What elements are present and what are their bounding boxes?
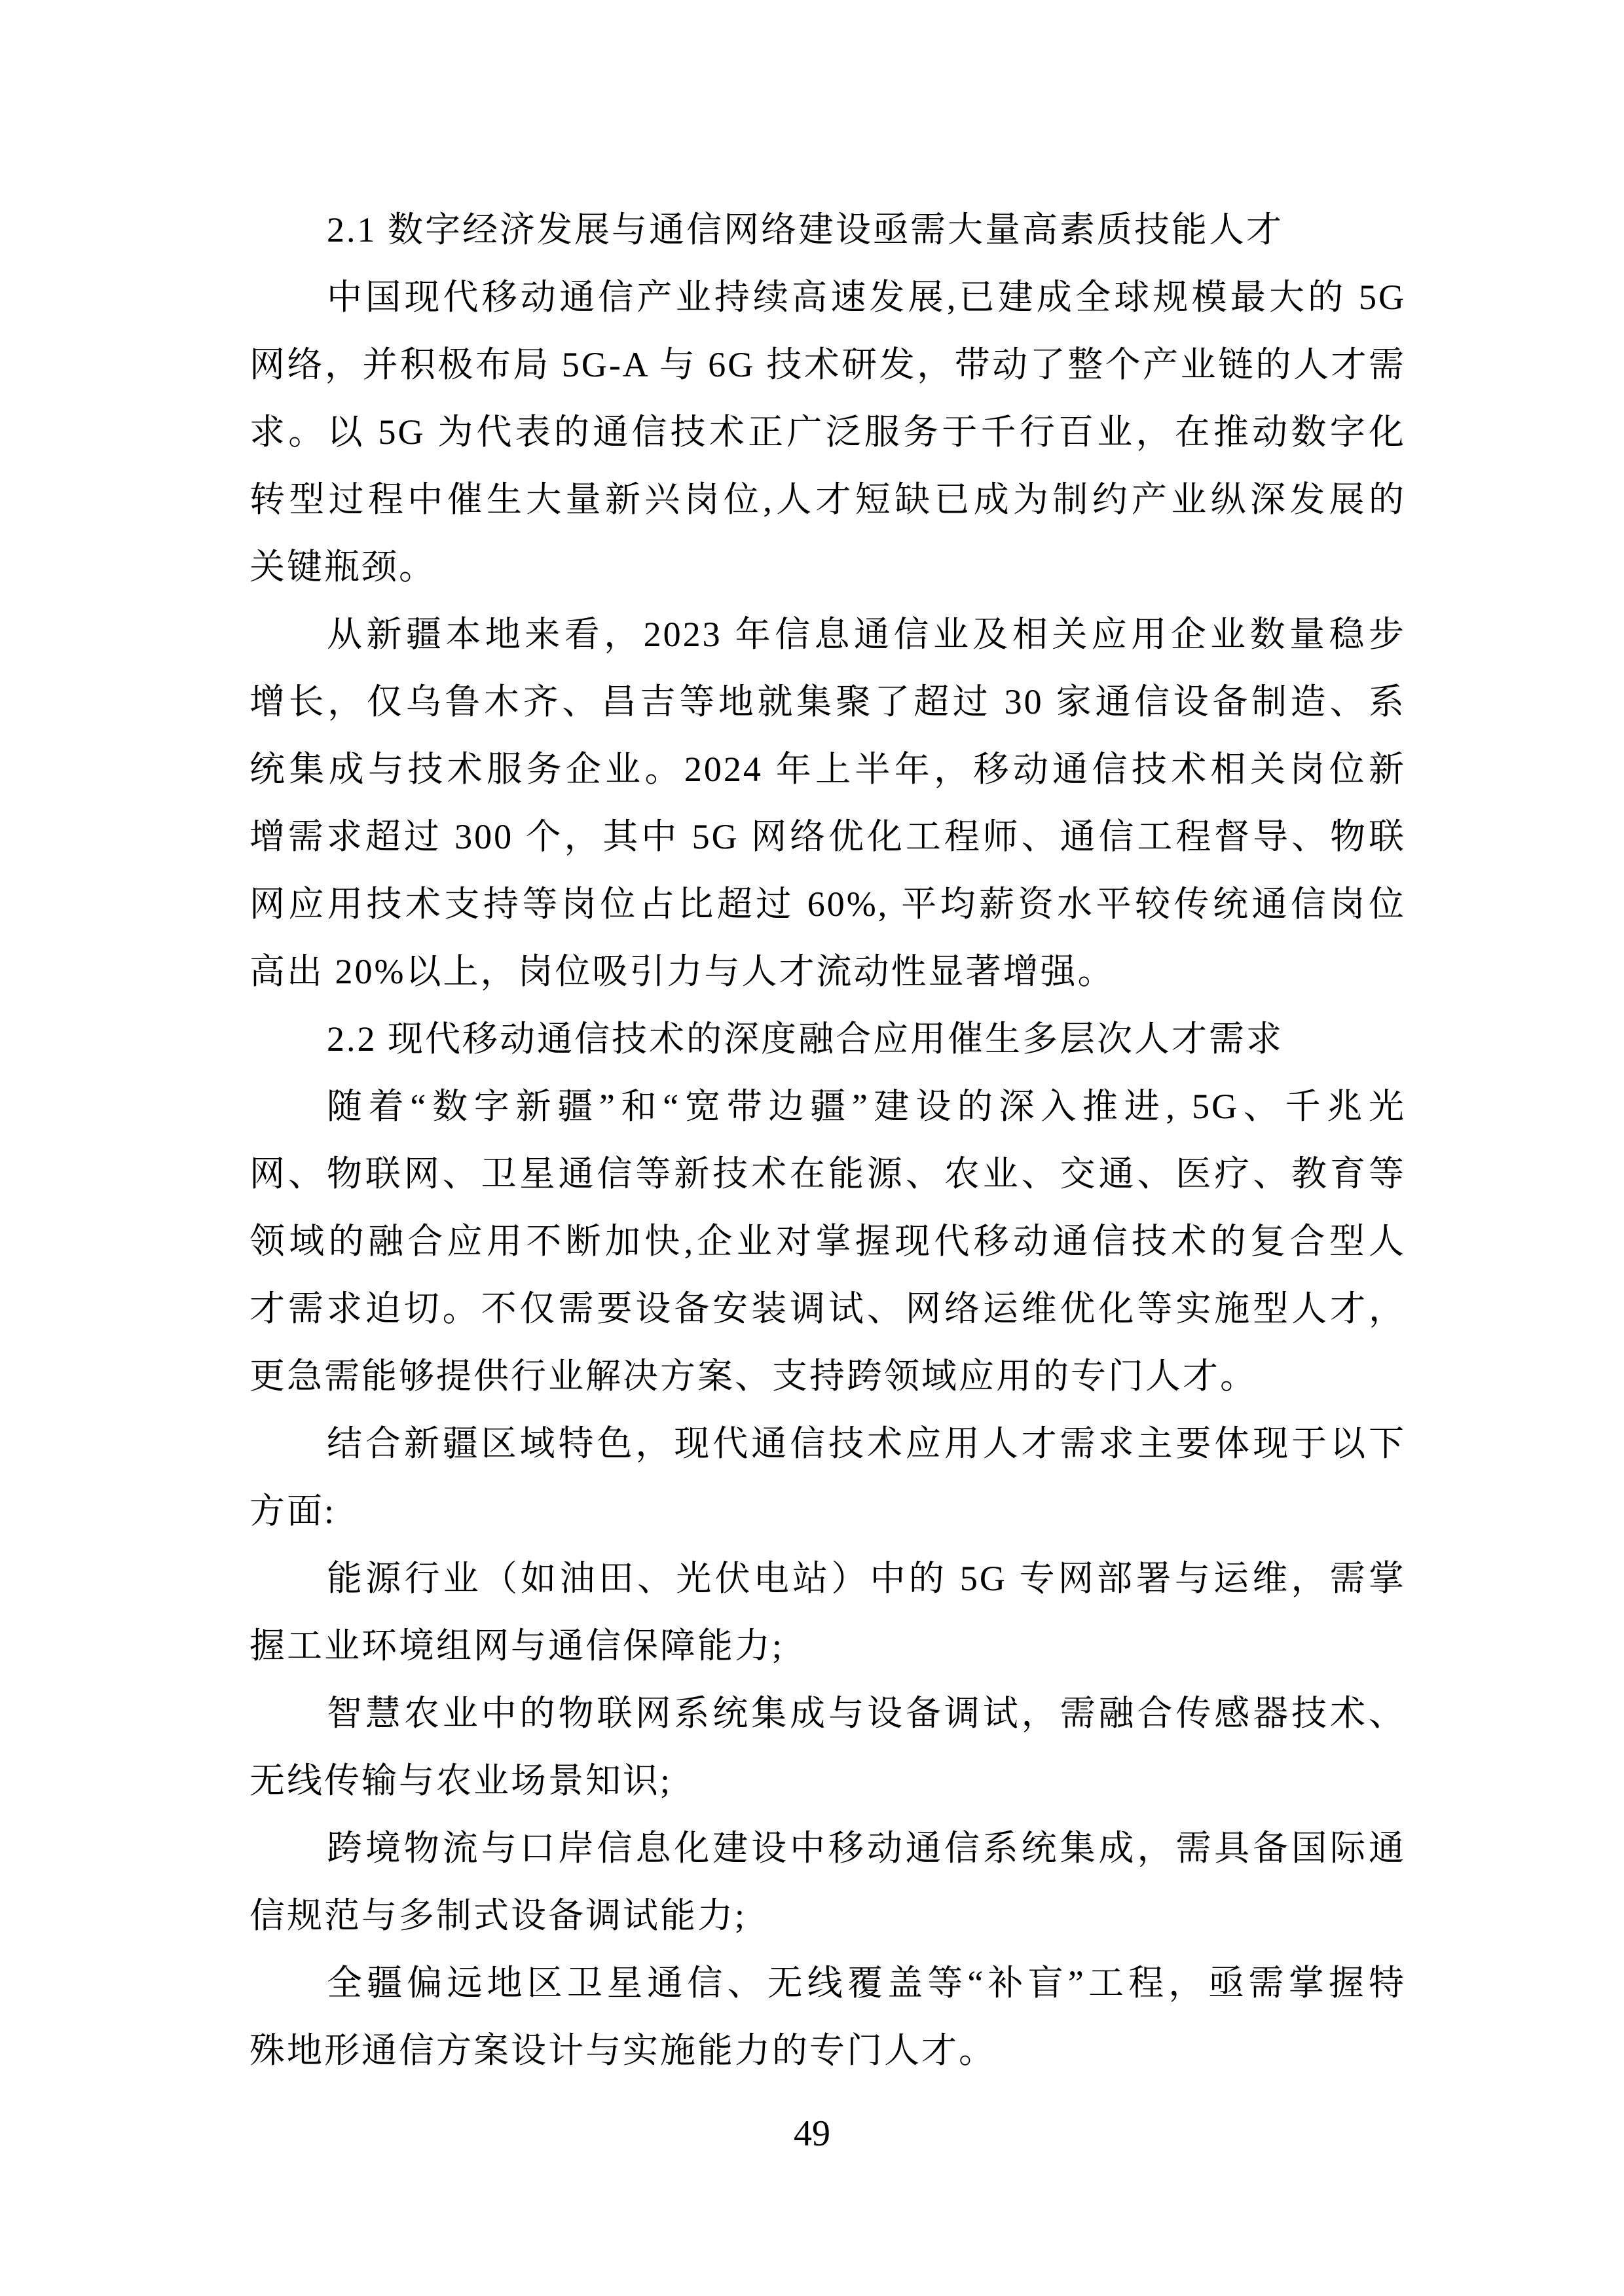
text-line: 转型过程中催生大量新兴岗位,人才短缺已成为制约产业纵深发展的	[249, 466, 1406, 534]
paragraph: 从新疆本地来看，2023 年信息通信业及相关应用企业数量稳步 增长，仅乌鲁木齐、…	[249, 601, 1406, 1006]
text-line: 无线传输与农业场景知识;	[249, 1747, 1406, 1815]
text-line: 随着“数字新疆”和“宽带边疆”建设的深入推进, 5G、千兆光	[249, 1073, 1406, 1140]
document-page: 2.1 数字经济发展与通信网络建设亟需大量高素质技能人才 中国现代移动通信产业持…	[0, 0, 1624, 2296]
text-line: 方面:	[249, 1478, 1406, 1545]
text-line: 智慧农业中的物联网系统集成与设备调试，需融合传感器技术、	[249, 1680, 1406, 1747]
text-line: 才需求迫切。不仅需要设备安装调试、网络运维优化等实施型人才，	[249, 1275, 1406, 1343]
text-line: 增长，仅乌鲁木齐、昌吉等地就集聚了超过 30 家通信设备制造、系	[249, 668, 1406, 736]
text-line: 网络，并积极布局 5G-A 与 6G 技术研发，带动了整个产业链的人才需	[249, 331, 1406, 399]
text-line: 能源行业（如油田、光伏电站）中的 5G 专网部署与运维，需掌	[249, 1545, 1406, 1613]
text-line: 领域的融合应用不断加快,企业对掌握现代移动通信技术的复合型人	[249, 1208, 1406, 1275]
text-line: 结合新疆区域特色，现代通信技术应用人才需求主要体现于以下	[249, 1410, 1406, 1478]
text-line: 跨境物流与口岸信息化建设中移动通信系统集成，需具备国际通	[249, 1815, 1406, 1882]
section-heading-text: 2.2 现代移动通信技术的深度融合应用催生多层次人才需求	[249, 1006, 1406, 1073]
section-heading-text: 2.1 数字经济发展与通信网络建设亟需大量高素质技能人才	[249, 196, 1406, 264]
text-line: 高出 20%以上，岗位吸引力与人才流动性显著增强。	[249, 938, 1406, 1006]
text-line: 殊地形通信方案设计与实施能力的专门人才。	[249, 2017, 1406, 2085]
text-line: 从新疆本地来看，2023 年信息通信业及相关应用企业数量稳步	[249, 601, 1406, 668]
paragraph: 智慧农业中的物联网系统集成与设备调试，需融合传感器技术、 无线传输与农业场景知识…	[249, 1680, 1406, 1815]
text-line: 统集成与技术服务企业。2024 年上半年，移动通信技术相关岗位新	[249, 736, 1406, 803]
text-line: 关键瓶颈。	[249, 534, 1406, 601]
paragraph: 跨境物流与口岸信息化建设中移动通信系统集成，需具备国际通 信规范与多制式设备调试…	[249, 1815, 1406, 1950]
text-line: 握工业环境组网与通信保障能力;	[249, 1613, 1406, 1680]
text-line: 求。以 5G 为代表的通信技术正广泛服务于千行百业，在推动数字化	[249, 399, 1406, 466]
text-line: 全疆偏远地区卫星通信、无线覆盖等“补盲”工程，亟需掌握特	[249, 1950, 1406, 2017]
paragraph: 中国现代移动通信产业持续高速发展,已建成全球规模最大的 5G 网络，并积极布局 …	[249, 264, 1406, 601]
section-heading-2-2: 2.2 现代移动通信技术的深度融合应用催生多层次人才需求	[249, 1006, 1406, 1073]
text-line: 网、物联网、卫星通信等新技术在能源、农业、交通、医疗、教育等	[249, 1140, 1406, 1208]
paragraph: 随着“数字新疆”和“宽带边疆”建设的深入推进, 5G、千兆光 网、物联网、卫星通…	[249, 1073, 1406, 1410]
text-line: 增需求超过 300 个，其中 5G 网络优化工程师、通信工程督导、物联	[249, 803, 1406, 871]
page-number: 49	[0, 2113, 1624, 2154]
paragraph: 全疆偏远地区卫星通信、无线覆盖等“补盲”工程，亟需掌握特 殊地形通信方案设计与实…	[249, 1950, 1406, 2085]
text-line: 中国现代移动通信产业持续高速发展,已建成全球规模最大的 5G	[249, 264, 1406, 331]
text-line: 网应用技术支持等岗位占比超过 60%, 平均薪资水平较传统通信岗位	[249, 871, 1406, 938]
document-body: 2.1 数字经济发展与通信网络建设亟需大量高素质技能人才 中国现代移动通信产业持…	[249, 196, 1406, 2085]
text-line: 信规范与多制式设备调试能力;	[249, 1882, 1406, 1950]
paragraph: 能源行业（如油田、光伏电站）中的 5G 专网部署与运维，需掌 握工业环境组网与通…	[249, 1545, 1406, 1680]
text-line: 更急需能够提供行业解决方案、支持跨领域应用的专门人才。	[249, 1343, 1406, 1410]
section-heading-2-1: 2.1 数字经济发展与通信网络建设亟需大量高素质技能人才	[249, 196, 1406, 264]
paragraph: 结合新疆区域特色，现代通信技术应用人才需求主要体现于以下 方面:	[249, 1410, 1406, 1545]
